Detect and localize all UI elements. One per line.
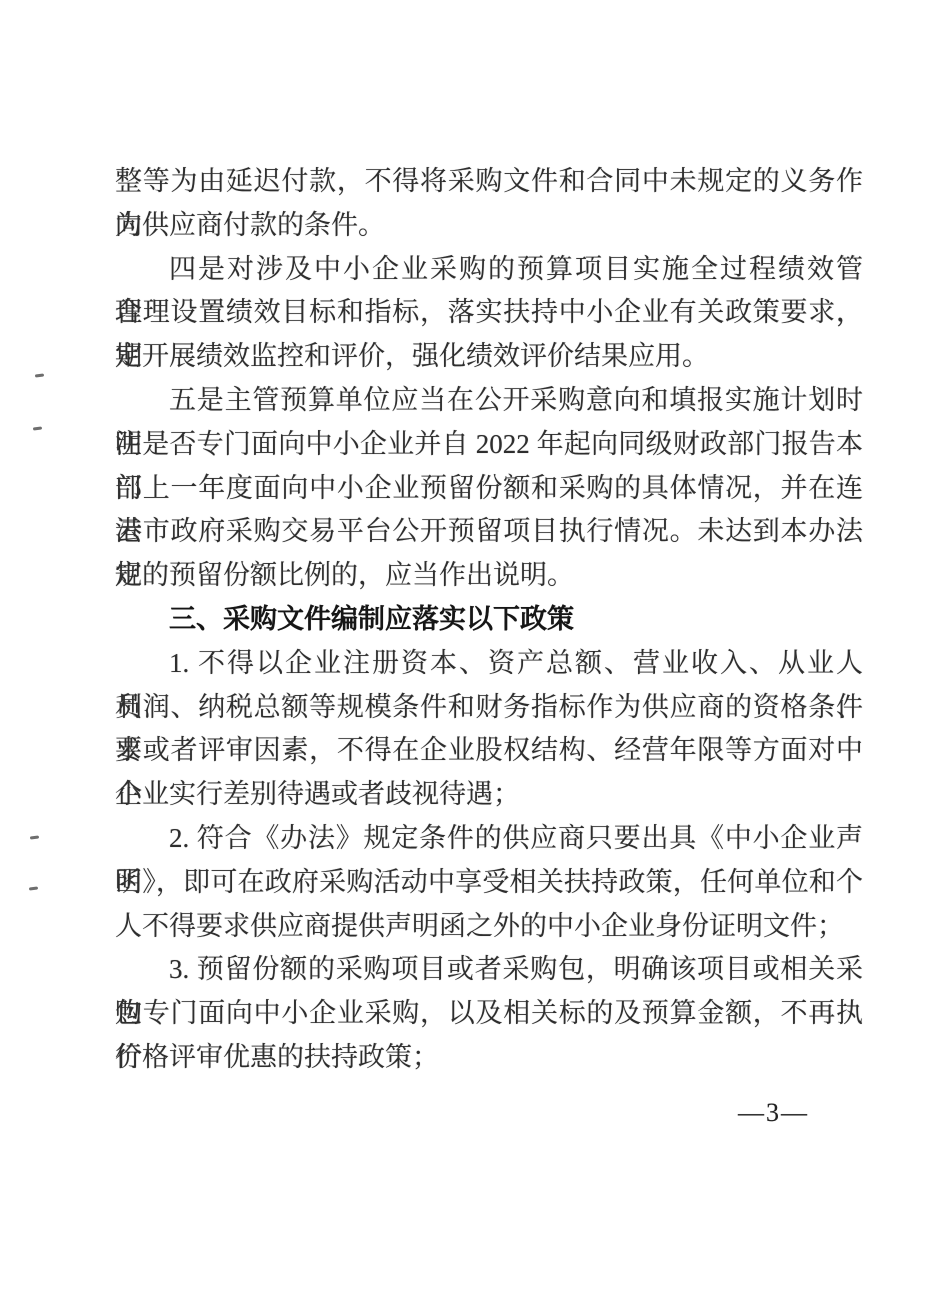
text-line: 人不得要求供应商提供声明函之外的中小企业身份证明文件； [115, 905, 863, 949]
section-heading: 三、采购文件编制应落实以下政策 [115, 598, 863, 642]
margin-mark [29, 886, 38, 890]
text-line: 期开展绩效监控和评价，强化绩效评价结果应用。 [115, 335, 863, 379]
page-number: —3— [738, 1098, 809, 1128]
margin-mark [33, 426, 42, 430]
text-line: 2. 符合《办法》规定条件的供应商只要出具《中小企业声明 [115, 817, 863, 861]
margin-mark [35, 373, 44, 377]
text-line: 包专门面向中小企业采购，以及相关标的及预算金额，不再执行 [115, 992, 863, 1036]
margin-mark [30, 835, 39, 839]
text-line: 港市政府采购交易平台公开预留项目执行情况。未达到本办法规 [115, 510, 863, 554]
text-line: 函》，即可在政府采购活动中享受相关扶持政策，任何单位和个 [115, 861, 863, 905]
scanned-document-screenshot: { "page": { "background": "#ffffff", "in… [0, 0, 930, 1311]
text-line: 3. 预留份额的采购项目或者采购包，明确该项目或相关采购 [115, 948, 863, 992]
text-line: 价格评审优惠的扶持政策； [115, 1036, 863, 1080]
text-line: 向供应商付款的条件。 [115, 204, 863, 248]
text-line: 利润、纳税总额等规模条件和财务指标作为供应商的资格条件要 [115, 686, 863, 730]
document-body: 整等为由延迟付款，不得将采购文件和合同中未规定的义务作为 向供应商付款的条件。 … [115, 160, 863, 1080]
text-line: 定的预留份额比例的，应当作出说明。 [115, 554, 863, 598]
text-line: 五是主管预算单位应当在公开采购意向和填报实施计划时注 [115, 379, 863, 423]
text-line: 门上一年度面向中小企业预留份额和采购的具体情况，并在连云 [115, 467, 863, 511]
text-line: 明是否专门面向中小企业并自 2022 年起向同级财政部门报告本部 [115, 423, 863, 467]
text-line: 四是对涉及中小企业采购的预算项目实施全过程绩效管理， [115, 248, 863, 292]
text-line: 合理设置绩效目标和指标，落实扶持中小企业有关政策要求，定 [115, 291, 863, 335]
document-page: 整等为由延迟付款，不得将采购文件和合同中未规定的义务作为 向供应商付款的条件。 … [0, 0, 930, 1311]
text-line: 整等为由延迟付款，不得将采购文件和合同中未规定的义务作为 [115, 160, 863, 204]
text-line: 企业实行差别待遇或者歧视待遇； [115, 773, 863, 817]
text-line: 求或者评审因素，不得在企业股权结构、经营年限等方面对中小 [115, 729, 863, 773]
text-line: 1. 不得以企业注册资本、资产总额、营业收入、从业人员、 [115, 642, 863, 686]
